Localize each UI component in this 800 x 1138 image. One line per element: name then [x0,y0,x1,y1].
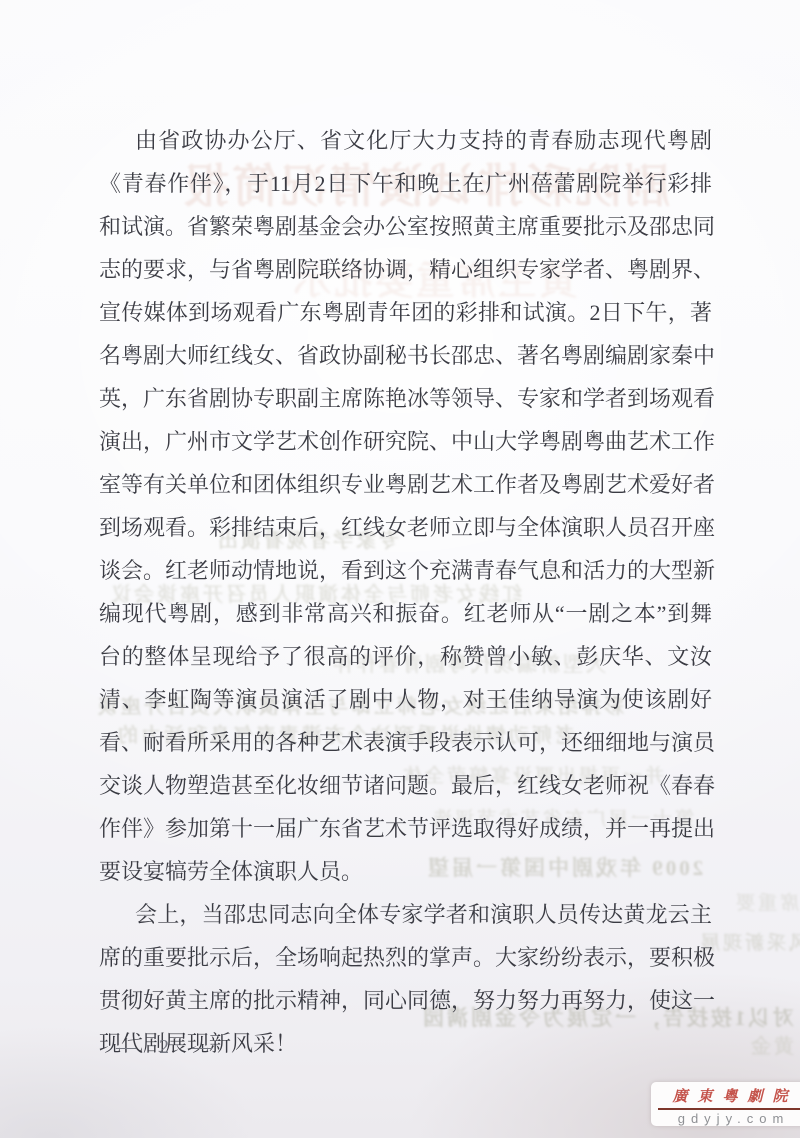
text-line: 席的重要批示后，全场响起热烈的掌声。大家纷纷表示，要积极 [99,936,712,979]
text-line: 看、耐看所采用的各种艺术表演手段表示认可，还细细地与演员 [99,721,712,764]
text-line: 会上，当邵忠同志向全体专家学者和演职人员传达黄龙云主 [99,893,712,936]
text-line: 到场观看。彩排结束后，红线女老师立即与全体演职人员召开座 [99,506,712,549]
watermark-badge: 廣東粵劇院 gdyjy.com [651,1082,800,1126]
text-line: 由省政协办公厅、省文化厅大力支持的青春励志现代粤剧 [99,119,712,162]
watermark-divider [658,1108,800,1110]
bleedthrough-text: 黄金 [748,1030,794,1059]
text-line: 名粤剧大师红线女、省政协副秘书长邵忠、著名粤剧编剧家秦中 [99,334,712,377]
watermark-title: 廣東粵劇院 [651,1085,800,1106]
text-line: 编现代粤剧，感到非常高兴和振奋。红老师从“一剧之本”到舞 [99,592,712,635]
text-line: 清、李虹陶等演员演活了剧中人物，对王佳纳导演为使该剧好 [99,678,712,721]
text-line: 和试演。省繁荣粤剧基金会办公室按照黄主席重要批示及邵忠同 [99,205,712,248]
text-line: 志的要求，与省粤剧院联络协调，精心组织专家学者、粤剧界、 [99,248,712,291]
document-body: 由省政协办公厅、省文化厅大力支持的青春励志现代粤剧《青春作伴》，于11月2日下午… [99,119,712,1065]
text-line: 室等有关单位和团体组织专业粤剧艺术工作者及粤剧艺术爱好者 [99,463,712,506]
watermark-domain: gdyjy.com [651,1111,800,1126]
text-line: 谈会。红老师动情地说，看到这个充满青春气息和活力的大型新 [99,549,712,592]
scanned-document-page: 剧院彩排试演情况简报黄主席重要批示专家学者观看演出红线女老师与全体演职人员召开座… [0,0,800,1138]
text-line: 贯彻好黄主席的批示精神，同心同德，努力努力再努力，使这一 [99,979,712,1022]
text-line: 演出，广州市文学艺术创作研究院、中山大学粤剧粤曲艺术工作 [99,420,712,463]
text-line: 宣传媒体到场观看广东粤剧青年团的彩排和试演。2日下午，著 [99,291,712,334]
text-line: 要设宴犒劳全体演职人员。 [99,850,712,893]
bleedthrough-text: 主席重要 [733,888,800,915]
page-number: — 2 — [116,1036,221,1059]
text-line: 作伴》参加第十一届广东省艺术节评选取得好成绩，并一再提出 [99,807,712,850]
text-line: 《青春作伴》，于11月2日下午和晚上在广州蓓蕾剧院举行彩排 [99,162,712,205]
text-line: 台的整体呈现给予了很高的评价，称赞曾小敏、彭庆华、文汝 [99,635,712,678]
text-line: 交谈人物塑造甚至化妆细节诸问题。最后，红线女老师祝《春春 [99,764,712,807]
text-line: 英，广东省剧协专职副主席陈艳冰等领导、专家和学者到场观看 [99,377,712,420]
